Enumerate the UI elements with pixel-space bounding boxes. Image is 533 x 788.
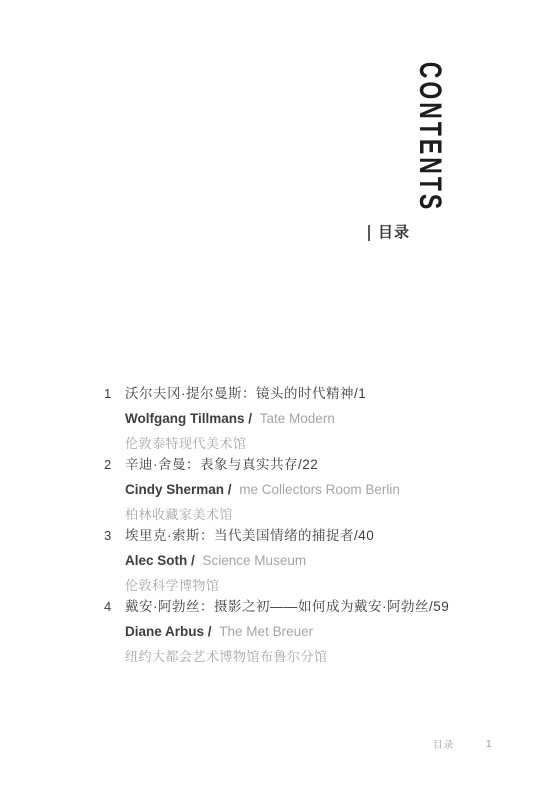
footer-section-label: 目录 [433,737,454,751]
entry-title: 戴安·阿勃丝：摄影之初——如何成为戴安·阿勃丝/59 [125,594,484,619]
entry-english-line: Alec Soth / Science Museum [125,548,484,573]
entry-lines: 戴安·阿勃丝：摄影之初——如何成为戴安·阿勃丝/59 Diane Arbus /… [125,594,484,669]
entry-title: 辛迪·舍曼：表象与真实共存/22 [125,452,484,477]
entry-english-line: Wolfgang Tillmans / Tate Modern [125,406,484,431]
toc-list: 1 沃尔夫冈·提尔曼斯：镜头的时代精神/1 Wolfgang Tillmans … [104,381,484,665]
entry-english-line: Diane Arbus / The Met Breuer [125,619,484,644]
entry-artist-name: Cindy Sherman / [125,482,232,497]
entry-venue-en: Tate Modern [260,411,335,426]
toc-page: CONTENTS 目录 1 沃尔夫冈·提尔曼斯：镜头的时代精神/1 Wolfga… [0,0,533,788]
footer-page-number: 1 [486,739,492,750]
page-footer: 目录 1 [433,737,492,751]
section-label-divider [368,225,370,241]
entry-artist-name: Diane Arbus / [125,624,212,639]
entry-number: 3 [104,523,125,598]
entry-number: 2 [104,452,125,527]
entry-artist-name: Wolfgang Tillmans / [125,411,252,426]
entry-number: 1 [104,381,125,456]
toc-entry: 2 辛迪·舍曼：表象与真实共存/22 Cindy Sherman / me Co… [104,452,484,527]
entry-title: 沃尔夫冈·提尔曼斯：镜头的时代精神/1 [125,381,484,406]
toc-entry: 1 沃尔夫冈·提尔曼斯：镜头的时代精神/1 Wolfgang Tillmans … [104,381,484,456]
entry-venue-cn: 纽约大都会艺术博物馆布鲁尔分馆 [125,644,484,669]
entry-number: 4 [104,594,125,669]
toc-entry: 4 戴安·阿勃丝：摄影之初——如何成为戴安·阿勃丝/59 Diane Arbus… [104,594,484,669]
entry-venue-en: Science Museum [203,553,307,568]
section-label-text: 目录 [378,224,410,242]
entry-venue-en: The Met Breuer [219,624,313,639]
entry-lines: 埃里克·索斯：当代美国情绪的捕捉者/40 Alec Soth / Science… [125,523,484,598]
entry-venue-en: me Collectors Room Berlin [239,482,400,497]
section-label: 目录 [368,224,410,242]
entry-english-line: Cindy Sherman / me Collectors Room Berli… [125,477,484,502]
entry-title: 埃里克·索斯：当代美国情绪的捕捉者/40 [125,523,484,548]
entry-lines: 沃尔夫冈·提尔曼斯：镜头的时代精神/1 Wolfgang Tillmans / … [125,381,484,456]
entry-artist-name: Alec Soth / [125,553,195,568]
contents-vertical-title: CONTENTS [415,57,447,217]
entry-lines: 辛迪·舍曼：表象与真实共存/22 Cindy Sherman / me Coll… [125,452,484,527]
toc-entry: 3 埃里克·索斯：当代美国情绪的捕捉者/40 Alec Soth / Scien… [104,523,484,598]
